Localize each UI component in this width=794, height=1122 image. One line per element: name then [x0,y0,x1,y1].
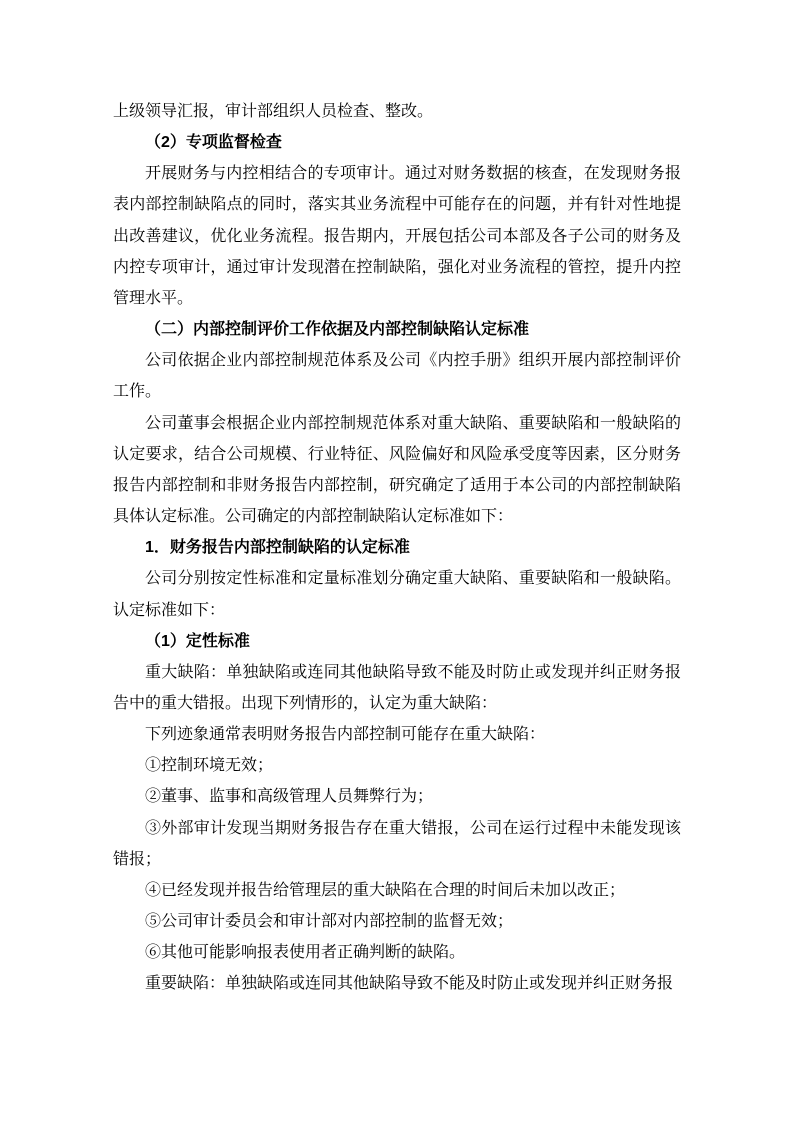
document-body: 上级领导汇报，审计部组织人员检查、整改。（2）专项监督检查开展财务与内控相结合的… [113,96,681,1000]
paragraph: 公司董事会根据企业内部控制规范体系对重大缺陷、重要缺陷和一般缺陷的认定要求，结合… [113,408,681,533]
paragraph: 重要缺陷：单独缺陷或连同其他缺陷导致不能及时防止或发现并纠正财务报 [113,968,681,999]
section-heading: 1．财务报告内部控制缺陷的认定标准 [113,532,681,563]
section-heading: （1）定性标准 [113,626,681,657]
section-heading: （二）内部控制评价工作依据及内部控制缺陷认定标准 [113,314,681,345]
paragraph: 开展财务与内控相结合的专项审计。通过对财务数据的核查，在发现财务报表内部控制缺陷… [113,158,681,314]
paragraph: 重大缺陷：单独缺陷或连同其他缺陷导致不能及时防止或发现并纠正财务报告中的重大错报… [113,657,681,719]
paragraph: 公司分别按定性标准和定量标准划分确定重大缺陷、重要缺陷和一般缺陷。认定标准如下： [113,563,681,625]
paragraph: ④已经发现并报告给管理层的重大缺陷在合理的时间后未加以改正； [113,875,681,906]
paragraph: ⑥其他可能影响报表使用者正确判断的缺陷。 [113,937,681,968]
paragraph: 下列迹象通常表明财务报告内部控制可能存在重大缺陷： [113,719,681,750]
paragraph: ③外部审计发现当期财务报告存在重大错报，公司在运行过程中未能发现该错报； [113,813,681,875]
section-heading: （2）专项监督检查 [113,127,681,158]
paragraph: 上级领导汇报，审计部组织人员检查、整改。 [113,96,681,127]
paragraph: ②董事、监事和高级管理人员舞弊行为； [113,781,681,812]
paragraph: ⑤公司审计委员会和审计部对内部控制的监督无效； [113,906,681,937]
document-page: 上级领导汇报，审计部组织人员检查、整改。（2）专项监督检查开展财务与内控相结合的… [0,0,794,1122]
paragraph: 公司依据企业内部控制规范体系及公司《内控手册》组织开展内部控制评价工作。 [113,345,681,407]
paragraph: ①控制环境无效； [113,750,681,781]
